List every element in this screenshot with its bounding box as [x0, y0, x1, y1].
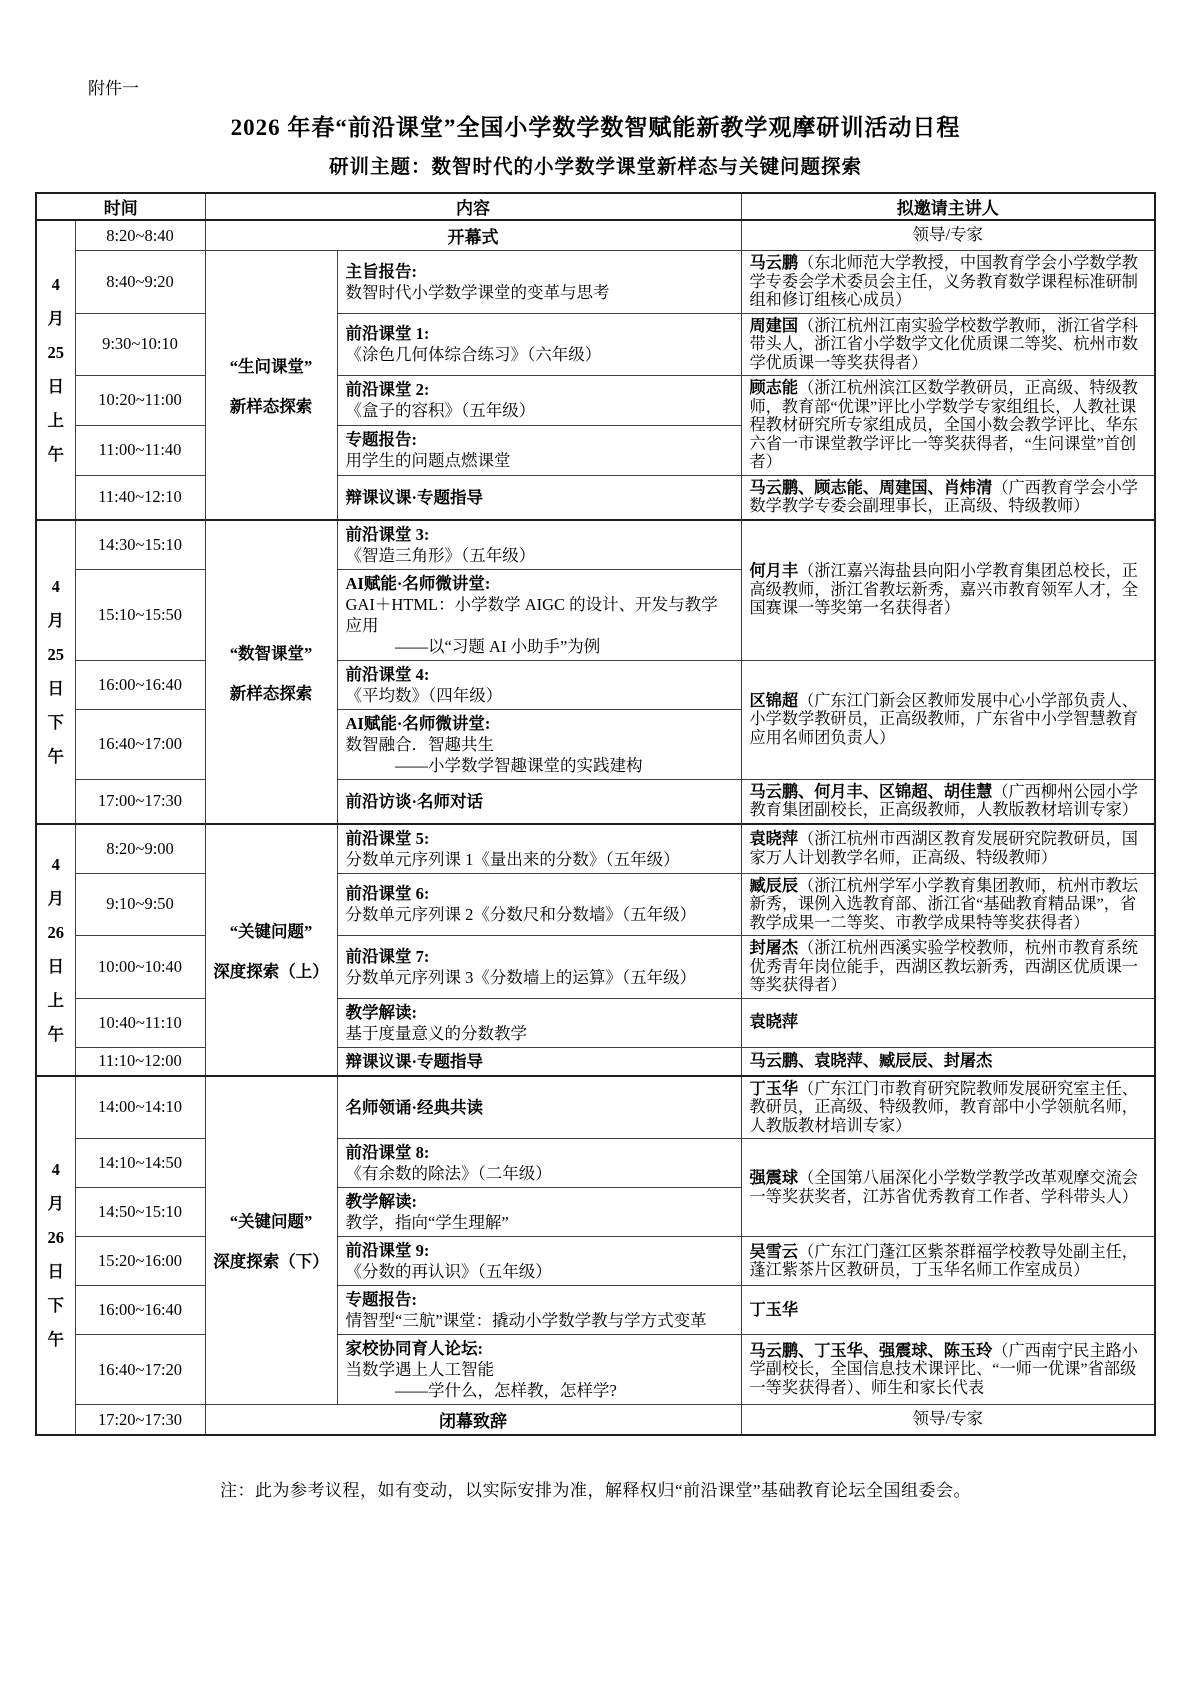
time-cell: 8:40~9:20	[75, 251, 205, 314]
table-row: 4月25日上午8:20~8:40开幕式领导/专家	[36, 220, 1155, 251]
day-line: 25	[37, 336, 75, 370]
content-line: 主旨报告:	[346, 261, 733, 282]
time-cell: 9:10~9:50	[75, 873, 205, 936]
time-cell: 10:40~11:10	[75, 998, 205, 1047]
speaker-name: 臧辰辰	[750, 877, 799, 895]
time-cell: 15:20~16:00	[75, 1237, 205, 1286]
theme-cell: “关键问题”深度探索（下）	[205, 1076, 337, 1405]
speaker-name: 丁玉华	[750, 1080, 799, 1098]
content-line: 前沿课堂 8:	[346, 1142, 733, 1163]
time-cell: 11:40~12:10	[75, 475, 205, 520]
content-line: 教学，指向“学生理解”	[346, 1212, 733, 1233]
content-label: 教学解读:	[346, 1192, 418, 1211]
content-line: GAI＋HTML：小学数学 AIGC 的设计、开发与教学应用	[346, 594, 733, 636]
content-label: 前沿课堂 4:	[346, 665, 430, 684]
content-line: 数智时代小学数学课堂的变革与思考	[346, 282, 733, 303]
content-line: 教学解读:	[346, 1191, 733, 1212]
content-cell: 前沿课堂 6:分数单元序列课 2《分数尺和分数墙》（五年级）	[337, 873, 741, 936]
speaker-name: 区锦超	[750, 692, 799, 710]
content-label: 名师领诵·经典共读	[346, 1098, 484, 1117]
content-text: 当数学遇上人工智能	[346, 1360, 495, 1379]
time-cell: 11:10~12:00	[75, 1047, 205, 1076]
speaker-desc: （广东江门新会区教师发展中心小学部负责人、小学数学教研员，正高级教师，广东省中小…	[750, 692, 1139, 747]
content-text: ——小学数学智趣课堂的实践建构	[395, 756, 643, 775]
content-line: AI赋能·名师微讲堂:	[346, 713, 733, 734]
day-line: 月	[37, 1187, 75, 1221]
header-speakers: 拟邀请主讲人	[741, 193, 1155, 220]
content-line: 辩课议课·专题指导	[346, 487, 733, 508]
speaker-name: 马云鹏、袁晓萍、臧辰辰、封屠杰	[750, 1052, 993, 1070]
content-line: 家校协同育人论坛:	[346, 1338, 733, 1359]
time-cell: 10:20~11:00	[75, 376, 205, 426]
time-cell: 16:00~16:40	[75, 660, 205, 709]
speaker-cell: 马云鹏、丁玉华、强震球、陈玉玲（广西南宁民主路小学副校长，全国信息技术课评比、“…	[741, 1335, 1155, 1405]
speaker-cell: 袁晓萍	[741, 998, 1155, 1047]
speaker-cell: 区锦超（广东江门新会区教师发展中心小学部负责人、小学数学教研员，正高级教师，广东…	[741, 660, 1155, 779]
time-cell: 17:00~17:30	[75, 779, 205, 824]
day-line: 午	[37, 1323, 75, 1357]
schedule-body: 4月25日上午8:20~8:40开幕式领导/专家8:40~9:20“生问课堂”新…	[36, 220, 1155, 1435]
day-line: 4	[37, 268, 75, 302]
speaker-desc: （东北师范大学教授，中国教育学会小学数学教学专委会学术委员会主任，义务教育数学课…	[750, 254, 1139, 309]
table-row: 4月26日下午14:00~14:10“关键问题”深度探索（下）名师领诵·经典共读…	[36, 1076, 1155, 1139]
content-line: 分数单元序列课 3《分数墙上的运算》（五年级）	[346, 967, 733, 988]
speaker-name: 何月丰	[750, 562, 799, 580]
content-cell: 前沿课堂 7:分数单元序列课 3《分数墙上的运算》（五年级）	[337, 936, 741, 999]
theme-line: “关键问题”	[208, 918, 335, 942]
speaker-cell: 马云鹏、顾志能、周建国、肖炜清（广西教育学会小学数学教学专委会副理事长，正高级、…	[741, 475, 1155, 520]
day-line: 日	[37, 1255, 75, 1289]
footer-note: 注：此为参考议程，如有变动，以实际安排为准，解释权归“前沿课堂”基础教育论坛全国…	[0, 1476, 1191, 1501]
content-text: GAI＋HTML：小学数学 AIGC 的设计、开发与教学应用	[346, 595, 718, 635]
table-row: 17:00~17:30前沿访谈·名师对话马云鹏、何月丰、区锦超、胡佳慧（广西柳州…	[36, 779, 1155, 824]
content-label: 主旨报告:	[346, 262, 418, 281]
content-label: 前沿课堂 5:	[346, 829, 430, 848]
table-row: 10:20~11:00前沿课堂 2:《盒子的容积》（五年级）顾志能（浙江杭州滨江…	[36, 376, 1155, 426]
speaker-cell: 马云鹏、何月丰、区锦超、胡佳慧（广西柳州公园小学教育集团副校长，正高级教师，人教…	[741, 779, 1155, 824]
content-text: 分数单元序列课 3《分数墙上的运算》（五年级）	[346, 968, 697, 987]
content-text: 《涂色几何体综合练习》（六年级）	[346, 345, 602, 364]
day-cell: 4月25日下午	[36, 520, 75, 824]
doc-title: 2026 年春“前沿课堂”全国小学数学数智赋能新教学观摩研训活动日程	[30, 109, 1161, 142]
content-label: 前沿课堂 6:	[346, 884, 430, 903]
content-text: 《分数的再认识》（五年级）	[346, 1262, 552, 1281]
speaker-desc: （浙江杭州市西湖区教育发展研究院教研员，国家万人计划教学名师，正高级、特级教师）	[750, 830, 1139, 867]
header-time: 时间	[36, 193, 205, 220]
speaker-cell: 强震球（全国第八届深化小学数学教学改革观摩交流会一等奖获奖者，江苏省优秀教育工作…	[741, 1139, 1155, 1237]
content-label: 教学解读:	[346, 1003, 418, 1022]
theme-line: 新样态探索	[208, 393, 335, 417]
time-cell: 15:10~15:50	[75, 569, 205, 660]
theme-cell: “数智课堂”新样态探索	[205, 520, 337, 824]
speaker-cell: 吴雪云（广东江门蓬江区紫茶群福学校教导处副主任，蓬江紫茶片区教研员，丁玉华名师工…	[741, 1237, 1155, 1286]
content-line: ——小学数学智趣课堂的实践建构	[346, 755, 733, 776]
table-row: 8:40~9:20“生问课堂”新样态探索主旨报告:数智时代小学数学课堂的变革与思…	[36, 251, 1155, 314]
time-cell: 16:40~17:00	[75, 709, 205, 779]
speaker-name: 马云鹏、顾志能、周建国、肖炜清	[750, 479, 993, 497]
table-row: 10:00~10:40前沿课堂 7:分数单元序列课 3《分数墙上的运算》（五年级…	[36, 936, 1155, 999]
day-cell: 4月26日上午	[36, 824, 75, 1076]
table-row: 9:30~10:10前沿课堂 1:《涂色几何体综合练习》（六年级）周建国（浙江杭…	[36, 313, 1155, 376]
content-line: 用学生的问题点燃课堂	[346, 450, 733, 471]
content-cell: AI赋能·名师微讲堂:GAI＋HTML：小学数学 AIGC 的设计、开发与教学应…	[337, 569, 741, 660]
content-line: 《智造三角形》（五年级）	[346, 545, 733, 566]
content-line: 情智型“三航”课堂：撬动小学数学教与学方式变革	[346, 1310, 733, 1331]
content-label: 前沿课堂 3:	[346, 525, 430, 544]
content-label: AI赋能·名师微讲堂:	[346, 574, 491, 593]
time-cell: 14:30~15:10	[75, 520, 205, 570]
content-line: 专题报告:	[346, 1289, 733, 1310]
speaker-desc: 领导/专家	[912, 1409, 983, 1428]
content-line: 《分数的再认识》（五年级）	[346, 1261, 733, 1282]
ceremony-cell: 开幕式	[205, 220, 741, 251]
day-line: 4	[37, 570, 75, 604]
content-cell: 教学解读:教学，指向“学生理解”	[337, 1188, 741, 1237]
table-row: 11:40~12:10辩课议课·专题指导马云鹏、顾志能、周建国、肖炜清（广西教育…	[36, 475, 1155, 520]
theme-line: 新样态探索	[208, 680, 335, 704]
speaker-name: 顾志能	[750, 379, 799, 397]
content-label: 前沿课堂 1:	[346, 324, 430, 343]
speaker-cell: 领导/专家	[741, 220, 1155, 251]
content-line: 《涂色几何体综合练习》（六年级）	[346, 344, 733, 365]
content-text: 《智造三角形》（五年级）	[346, 546, 536, 565]
speaker-name: 马云鹏	[750, 254, 799, 272]
table-row: 11:10~12:00辩课议课·专题指导马云鹏、袁晓萍、臧辰辰、封屠杰	[36, 1047, 1155, 1076]
table-row: 17:20~17:30闭幕致辞领导/专家	[36, 1405, 1155, 1436]
schedule-table: 时间 内容 拟邀请主讲人 4月25日上午8:20~8:40开幕式领导/专家8:4…	[35, 192, 1156, 1436]
content-line: 名师领诵·经典共读	[346, 1097, 733, 1118]
speaker-desc: （广东江门市教育研究院教师发展研究室主任、教研员，正高级、特级教师，教育部中小学…	[750, 1080, 1139, 1135]
time-cell: 14:10~14:50	[75, 1139, 205, 1188]
theme-line: “关键问题”	[208, 1208, 335, 1232]
table-row: 16:40~17:20家校协同育人论坛:当数学遇上人工智能——学什么，怎样教，怎…	[36, 1335, 1155, 1405]
table-row: 16:00~16:40前沿课堂 4:《平均数》（四年级）区锦超（广东江门新会区教…	[36, 660, 1155, 709]
speaker-cell: 丁玉华	[741, 1286, 1155, 1335]
day-line: 日	[37, 950, 75, 984]
day-line: 4	[37, 848, 75, 882]
time-cell: 16:00~16:40	[75, 1286, 205, 1335]
speaker-cell: 臧辰辰（浙江杭州学军小学教育集团教师，杭州市教坛新秀，课例入选教育部、浙江省“基…	[741, 873, 1155, 936]
content-cell: 前沿课堂 5:分数单元序列课 1《量出来的分数》（五年级）	[337, 824, 741, 874]
day-line: 月	[37, 604, 75, 638]
table-row: 4月26日上午8:20~9:00“关键问题”深度探索（上）前沿课堂 5:分数单元…	[36, 824, 1155, 874]
time-cell: 10:00~10:40	[75, 936, 205, 999]
day-line: 午	[37, 438, 75, 472]
speaker-name: 强震球	[750, 1169, 799, 1187]
content-cell: 教学解读:基于度量意义的分数教学	[337, 998, 741, 1047]
speaker-name: 吴雪云	[750, 1243, 799, 1261]
content-line: 当数学遇上人工智能	[346, 1359, 733, 1380]
content-cell: 前沿课堂 1:《涂色几何体综合练习》（六年级）	[337, 313, 741, 376]
day-line: 午	[37, 740, 75, 774]
content-label: 前沿课堂 7:	[346, 947, 430, 966]
theme-line: “数智课堂”	[208, 640, 335, 664]
content-text: 分数单元序列课 1《量出来的分数》（五年级）	[346, 850, 680, 869]
content-line: 前沿课堂 6:	[346, 883, 733, 904]
speaker-name: 周建国	[750, 317, 799, 335]
content-line: 前沿课堂 7:	[346, 946, 733, 967]
attachment-label: 附件一	[0, 0, 1191, 99]
content-line: 前沿课堂 9:	[346, 1240, 733, 1261]
speaker-name: 袁晓萍	[750, 1013, 799, 1031]
content-line: 《盒子的容积》（五年级）	[346, 400, 733, 421]
content-line: 《平均数》（四年级）	[346, 685, 733, 706]
speaker-cell: 封屠杰（浙江杭州西溪实验学校教师，杭州市教育系统优秀青年岗位能手，西湖区教坛新秀…	[741, 936, 1155, 999]
table-header-row: 时间 内容 拟邀请主讲人	[36, 193, 1155, 220]
theme-cell: “生问课堂”新样态探索	[205, 251, 337, 520]
content-cell: 前沿课堂 8:《有余数的除法》（二年级）	[337, 1139, 741, 1188]
content-line: 分数单元序列课 1《量出来的分数》（五年级）	[346, 849, 733, 870]
content-label: 前沿课堂 2:	[346, 380, 430, 399]
content-cell: 主旨报告:数智时代小学数学课堂的变革与思考	[337, 251, 741, 314]
day-cell: 4月25日上午	[36, 220, 75, 520]
day-line: 26	[37, 916, 75, 950]
day-cell: 4月26日下午	[36, 1076, 75, 1436]
content-cell: 前沿访谈·名师对话	[337, 779, 741, 824]
content-line: 前沿课堂 2:	[346, 379, 733, 400]
speaker-cell: 何月丰（浙江嘉兴海盐县向阳小学教育集团总校长，正高级教师，浙江省教坛新秀，嘉兴市…	[741, 520, 1155, 661]
content-cell: 前沿课堂 4:《平均数》（四年级）	[337, 660, 741, 709]
content-line: 前沿访谈·名师对话	[346, 791, 733, 812]
content-text: 基于度量意义的分数教学	[346, 1024, 528, 1043]
content-text: 情智型“三航”课堂：撬动小学数学教与学方式变革	[346, 1311, 707, 1330]
content-text: ——学什么，怎样教，怎样学?	[395, 1381, 617, 1400]
speaker-name: 封屠杰	[750, 939, 799, 957]
day-line: 上	[37, 984, 75, 1018]
time-cell: 17:20~17:30	[75, 1405, 205, 1436]
speaker-cell: 马云鹏、袁晓萍、臧辰辰、封屠杰	[741, 1047, 1155, 1076]
content-label: 辩课议课·专题指导	[346, 1052, 484, 1071]
time-cell: 14:00~14:10	[75, 1076, 205, 1139]
speaker-desc: （浙江嘉兴海盐县向阳小学教育集团总校长，正高级教师，浙江省教坛新秀，嘉兴市教育领…	[750, 562, 1139, 617]
speaker-desc: （浙江杭州学军小学教育集团教师，杭州市教坛新秀，课例入选教育部、浙江省“基础教育…	[750, 877, 1139, 932]
theme-line: 深度探索（下）	[208, 1248, 335, 1272]
time-cell: 8:20~8:40	[75, 220, 205, 251]
content-label: 专题报告:	[346, 1290, 418, 1309]
content-line: 《有余数的除法》（二年级）	[346, 1163, 733, 1184]
table-row: 14:10~14:50前沿课堂 8:《有余数的除法》（二年级）强震球（全国第八届…	[36, 1139, 1155, 1188]
table-row: 16:00~16:40专题报告:情智型“三航”课堂：撬动小学数学教与学方式变革丁…	[36, 1286, 1155, 1335]
content-line: ——以“习题 AI 小助手”为例	[346, 636, 733, 657]
content-line: 数智融合．智趣共生	[346, 734, 733, 755]
speaker-name: 马云鹏、何月丰、区锦超、胡佳慧	[750, 783, 993, 801]
content-text: 用学生的问题点燃课堂	[346, 451, 511, 470]
header-content: 内容	[205, 193, 741, 220]
speaker-cell: 顾志能（浙江杭州滨江区数学教研员，正高级、特级教师，教育部“优课”评比小学数学专…	[741, 376, 1155, 476]
content-line: 分数单元序列课 2《分数尺和分数墙》（五年级）	[346, 904, 733, 925]
content-cell: 辩课议课·专题指导	[337, 475, 741, 520]
content-line: 前沿课堂 5:	[346, 828, 733, 849]
content-cell: 前沿课堂 2:《盒子的容积》（五年级）	[337, 376, 741, 426]
speaker-name: 丁玉华	[750, 1301, 799, 1319]
speaker-name: 袁晓萍	[750, 830, 799, 848]
speaker-cell: 丁玉华（广东江门市教育研究院教师发展研究室主任、教研员，正高级、特级教师，教育部…	[741, 1076, 1155, 1139]
speaker-desc: （浙江杭州西溪实验学校教师，杭州市教育系统优秀青年岗位能手，西湖区教坛新秀，西湖…	[750, 939, 1139, 994]
content-text: 《有余数的除法》（二年级）	[346, 1164, 552, 1183]
content-text: 《盒子的容积》（五年级）	[346, 401, 536, 420]
document-page: 附件一 2026 年春“前沿课堂”全国小学数学数智赋能新教学观摩研训活动日程 研…	[0, 0, 1191, 1684]
content-cell: 家校协同育人论坛:当数学遇上人工智能——学什么，怎样教，怎样学?	[337, 1335, 741, 1405]
speaker-name: 马云鹏、丁玉华、强震球、陈玉玲	[750, 1342, 993, 1360]
content-text: ——以“习题 AI 小助手”为例	[395, 637, 600, 656]
day-line: 26	[37, 1221, 75, 1255]
day-line: 下	[37, 706, 75, 740]
speaker-cell: 周建国（浙江杭州江南实验学校数学教师，浙江省学科带头人，浙江省小学数学文化优质课…	[741, 313, 1155, 376]
day-line: 日	[37, 672, 75, 706]
day-line: 日	[37, 370, 75, 404]
time-cell: 16:40~17:20	[75, 1335, 205, 1405]
speaker-desc: （广东江门蓬江区紫茶群福学校教导处副主任，蓬江紫茶片区教研员，丁玉华名师工作室成…	[750, 1243, 1139, 1280]
content-label: 前沿访谈·名师对话	[346, 792, 484, 811]
content-cell: 名师领诵·经典共读	[337, 1076, 741, 1139]
speaker-desc: （浙江杭州江南实验学校数学教师，浙江省学科带头人，浙江省小学数学文化优质课二等奖…	[750, 317, 1139, 372]
content-cell: AI赋能·名师微讲堂:数智融合．智趣共生——小学数学智趣课堂的实践建构	[337, 709, 741, 779]
speaker-cell: 袁晓萍（浙江杭州市西湖区教育发展研究院教研员，国家万人计划教学名师，正高级、特级…	[741, 824, 1155, 874]
content-cell: 前沿课堂 3:《智造三角形》（五年级）	[337, 520, 741, 570]
day-line: 下	[37, 1289, 75, 1323]
day-line: 月	[37, 882, 75, 916]
content-label: 前沿课堂 8:	[346, 1143, 430, 1162]
content-cell: 前沿课堂 9:《分数的再认识》（五年级）	[337, 1237, 741, 1286]
speaker-cell: 领导/专家	[741, 1405, 1155, 1436]
day-line: 上	[37, 404, 75, 438]
ceremony-cell: 闭幕致辞	[205, 1405, 741, 1436]
content-line: 前沿课堂 3:	[346, 524, 733, 545]
content-cell: 辩课议课·专题指导	[337, 1047, 741, 1076]
speaker-desc: 领导/专家	[912, 225, 983, 244]
time-cell: 8:20~9:00	[75, 824, 205, 874]
table-row: 10:40~11:10教学解读:基于度量意义的分数教学袁晓萍	[36, 998, 1155, 1047]
content-label: 家校协同育人论坛:	[346, 1339, 484, 1358]
theme-line: 深度探索（上）	[208, 958, 335, 982]
table-row: 4月25日下午14:30~15:10“数智课堂”新样态探索前沿课堂 3:《智造三…	[36, 520, 1155, 570]
content-line: 教学解读:	[346, 1002, 733, 1023]
content-line: 前沿课堂 4:	[346, 664, 733, 685]
theme-line: “生问课堂”	[208, 353, 335, 377]
speaker-desc: （全国第八届深化小学数学教学改革观摩交流会一等奖获奖者，江苏省优秀教育工作者、学…	[750, 1169, 1139, 1206]
content-text: 分数单元序列课 2《分数尺和分数墙》（五年级）	[346, 905, 697, 924]
content-text: 教学，指向“学生理解”	[346, 1213, 509, 1232]
content-line: ——学什么，怎样教，怎样学?	[346, 1380, 733, 1401]
content-line: 专题报告:	[346, 429, 733, 450]
time-cell: 11:00~11:40	[75, 425, 205, 475]
time-cell: 14:50~15:10	[75, 1188, 205, 1237]
content-line: 辩课议课·专题指导	[346, 1051, 733, 1072]
speaker-cell: 马云鹏（东北师范大学教授，中国教育学会小学数学教学专委会学术委员会主任，义务教育…	[741, 251, 1155, 314]
theme-cell: “关键问题”深度探索（上）	[205, 824, 337, 1076]
content-line: AI赋能·名师微讲堂:	[346, 573, 733, 594]
content-cell: 专题报告:情智型“三航”课堂：撬动小学数学教与学方式变革	[337, 1286, 741, 1335]
content-text: 数智融合．智趣共生	[346, 735, 495, 754]
content-text: 《平均数》（四年级）	[346, 686, 503, 705]
speaker-desc: （浙江杭州滨江区数学教研员，正高级、特级教师，教育部“优课”评比小学数学专家组组…	[750, 379, 1139, 471]
day-line: 25	[37, 638, 75, 672]
time-cell: 9:30~10:10	[75, 313, 205, 376]
day-line: 月	[37, 302, 75, 336]
content-line: 基于度量意义的分数教学	[346, 1023, 733, 1044]
content-cell: 专题报告:用学生的问题点燃课堂	[337, 425, 741, 475]
day-line: 4	[37, 1153, 75, 1187]
content-label: 专题报告:	[346, 430, 418, 449]
content-label: 辩课议课·专题指导	[346, 488, 484, 507]
content-label: 前沿课堂 9:	[346, 1241, 430, 1260]
content-label: AI赋能·名师微讲堂:	[346, 714, 491, 733]
content-line: 前沿课堂 1:	[346, 323, 733, 344]
day-line: 午	[37, 1018, 75, 1052]
table-row: 9:10~9:50前沿课堂 6:分数单元序列课 2《分数尺和分数墙》（五年级）臧…	[36, 873, 1155, 936]
content-text: 数智时代小学数学课堂的变革与思考	[346, 283, 610, 302]
doc-subtitle: 研训主题：数智时代的小学数学课堂新样态与关键问题探索	[0, 151, 1191, 179]
table-row: 15:20~16:00前沿课堂 9:《分数的再认识》（五年级）吴雪云（广东江门蓬…	[36, 1237, 1155, 1286]
